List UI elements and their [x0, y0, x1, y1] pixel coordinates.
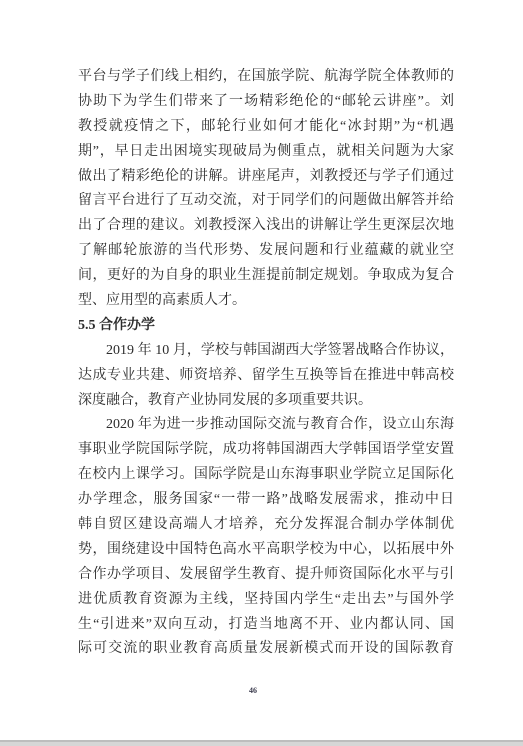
body-line: 型、应用型的高素质人才。 [78, 289, 454, 314]
body-line: 合作办学项目、发展留学生教育、提升师资国际化水平与引 [78, 563, 454, 588]
body-line: 生“引进来”双向互动，打造当地离不开、业内都认同、国 [78, 613, 454, 638]
body-line: 韩自贸区建设高端人才培养，充分发挥混合制办学体制优 [78, 513, 454, 538]
body-line: 教授就疫情之下，邮轮行业如何才能化“冰封期”为“机遇 [78, 115, 454, 140]
body-line: 深度融合，教育产业协同发展的多项重要共识。 [78, 389, 454, 414]
body-line: 进优质教育资源为主线，坚持国内学生“走出去”与国外学 [78, 588, 454, 613]
viewer-background-strip [0, 742, 523, 746]
body-line: 势，围绕建设中国特色高水平高职学校为中心，以拓展中外 [78, 538, 454, 563]
body-line: 留言平台进行了互动交流，对于同学们的问题做出解答并给 [78, 189, 454, 214]
document-page: 平台与学子们线上相约，在国旅学院、航海学院全体教师的 协助下为学生们带来了一场精… [0, 0, 523, 746]
body-line: 办学理念，服务国家“一带一路”战略发展需求，推动中日 [78, 488, 454, 513]
body-line: 平台与学子们线上相约，在国旅学院、航海学院全体教师的 [78, 65, 454, 90]
body-line: 协助下为学生们带来了一场精彩绝伦的“邮轮云讲座”。刘 [78, 90, 454, 115]
body-line: 事职业学院国际学院，成功将韩国湖西大学韩国语学堂安置 [78, 438, 454, 463]
body-line: 了解邮轮旅游的当代形势、发展问题和行业蕴藏的就业空 [78, 239, 454, 264]
body-line: 达成专业共建、师资培养、留学生互换等旨在推进中韩高校 [78, 364, 454, 389]
body-line: 间，更好的为自身的职业生涯提前制定规划。争取成为复合 [78, 264, 454, 289]
body-line: 2020 年为进一步推动国际交流与教育合作，设立山东海 [78, 413, 454, 438]
body-line: 做出了精彩绝伦的讲解。讲座尾声，刘教授还与学子们通过 [78, 165, 454, 190]
body-line: 际可交流的职业教育高质量发展新模式而开设的国际教育 [78, 637, 454, 662]
body-line: 在校内上课学习。国际学院是山东海事职业学院立足国际化 [78, 463, 454, 488]
body-line: 2019 年 10 月，学校与韩国湖西大学签署战略合作协议， [78, 339, 454, 364]
body-line: 出了合理的建议。刘教授深入浅出的讲解让学生更深层次地 [78, 214, 454, 239]
section-heading: 5.5 合作办学 [78, 314, 454, 339]
page-number: 46 [0, 686, 506, 696]
body-line: 期”，早日走出困境实现破局为侧重点，就相关问题为大家 [78, 140, 454, 165]
text-block: 平台与学子们线上相约，在国旅学院、航海学院全体教师的 协助下为学生们带来了一场精… [78, 65, 454, 662]
